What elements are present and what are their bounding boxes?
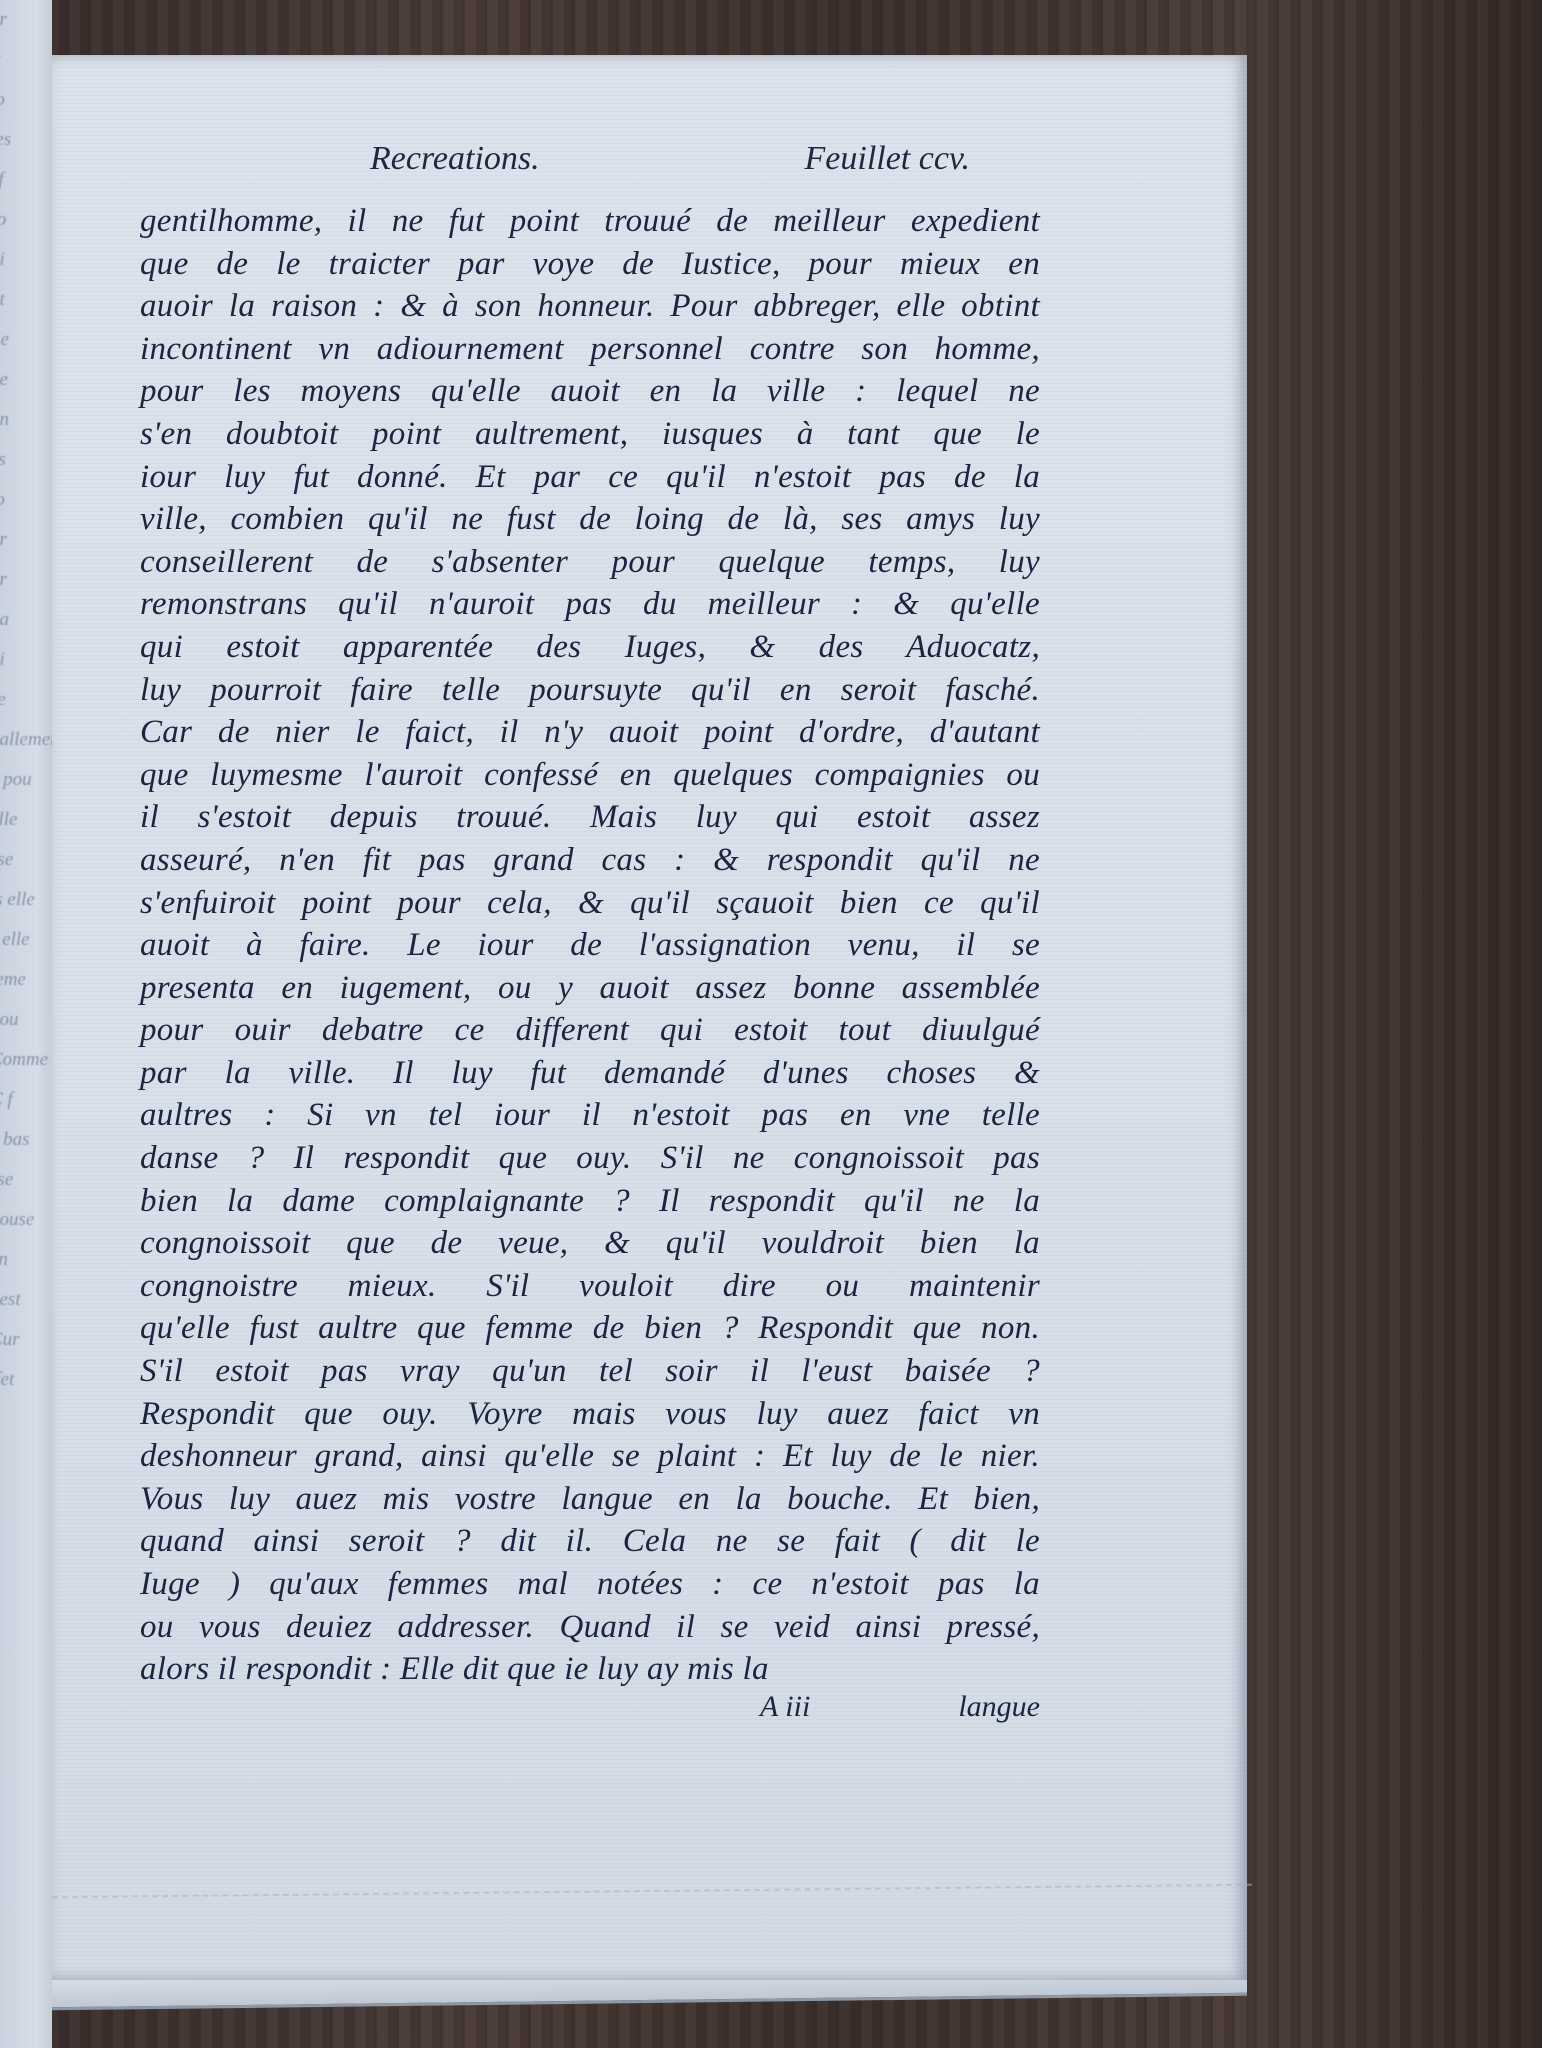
facing-page-fragment: en — [0, 1240, 50, 1280]
text-line: qu'elle fust aultre que femme de bien ? … — [140, 1307, 1040, 1350]
text-line: conseillerent de s'absenter pour quelque… — [140, 541, 1040, 584]
facing-page-fragment: an — [0, 400, 50, 440]
facing-page-fragment: ar — [0, 0, 50, 40]
facing-page-fragment: gallemen — [0, 720, 50, 760]
facing-page-fragment: sse — [0, 1160, 50, 1200]
facing-page-fragment: ha — [0, 600, 50, 640]
text-line: auoir la raison : & à son honneur. Pour … — [140, 285, 1040, 328]
facing-page-fragment: ls elle — [0, 880, 50, 920]
facing-page-fragment: se — [0, 680, 50, 720]
folio-number: Feuillet ccv. — [805, 140, 970, 178]
page-body-text: gentilhomme, il ne fut point trouué de m… — [140, 200, 1040, 1691]
facing-page-fragment: lo — [0, 480, 50, 520]
text-line: S'il estoit pas vray qu'un tel soir il l… — [140, 1350, 1040, 1393]
facing-page-fragment: pou — [0, 1000, 50, 1040]
facing-page-fragment: ies — [0, 120, 50, 160]
text-line: pour les moyens qu'elle auoit en la vill… — [140, 370, 1040, 413]
text-line: Vous luy auez mis vostre langue en la bo… — [140, 1478, 1040, 1521]
running-head-title: Recreations. — [370, 140, 540, 178]
facing-page-fragment: sse — [0, 840, 50, 880]
text-line: que de le traicter par voye de Iustice, … — [140, 243, 1040, 286]
text-line: ville, combien qu'il ne fust de loing de… — [140, 498, 1040, 541]
text-line: danse ? Il respondit que ouy. S'il ne co… — [140, 1137, 1040, 1180]
facing-page-edge: aritloiesefroaintliedeanesloarurhanisega… — [0, 0, 52, 2048]
text-line: bien la dame complaignante ? Il respondi… — [140, 1180, 1040, 1223]
facing-page-text: aritloiesefroaintliedeanesloarurhanisega… — [0, 0, 50, 2048]
facing-page-fragment: nest — [0, 1280, 50, 1320]
facing-page-fragment: pouse — [0, 1200, 50, 1240]
facing-page-fragment: s elle — [0, 920, 50, 960]
facing-page-fragment: lo — [0, 80, 50, 120]
text-line: iour luy fut donné. Et par ce qu'il n'es… — [140, 456, 1040, 499]
text-line: s'en doubtoit point aultrement, iusques … — [140, 413, 1040, 456]
facing-page-fragment: it — [0, 40, 50, 80]
text-line: pour ouir debatre ce different qui estoi… — [140, 1009, 1040, 1052]
facing-page-fragment: de — [0, 360, 50, 400]
text-line: congnoissoit que de veue, & qu'il vouldr… — [140, 1222, 1040, 1265]
catchword: langue — [958, 1690, 1040, 1724]
text-line: congnoistre mieux. S'il vouloit dire ou … — [140, 1265, 1040, 1308]
facing-page-fragment: y pou — [0, 760, 50, 800]
text-line: s'enfuiroit point pour cela, & qu'il sça… — [140, 882, 1040, 925]
facing-page-fragment: es — [0, 440, 50, 480]
facing-page-fragment: ar — [0, 520, 50, 560]
facing-page-fragment: y bas — [0, 1120, 50, 1160]
facing-page-fragment: Comme — [0, 1040, 50, 1080]
text-line: qui estoit apparentée des Iuges, & des A… — [140, 626, 1040, 669]
text-line: par la ville. Il luy fut demandé d'unes … — [140, 1052, 1040, 1095]
text-line: Respondit que ouy. Voyre mais vous luy a… — [140, 1393, 1040, 1436]
text-line: gentilhomme, il ne fut point trouué de m… — [140, 200, 1040, 243]
page-footer: A iii langue — [760, 1690, 1040, 1724]
running-head: Recreations. Feuillet ccv. — [370, 140, 970, 178]
facing-page-fragment: nt — [0, 280, 50, 320]
text-line: il s'estoit depuis trouué. Mais luy qui … — [140, 796, 1040, 839]
facing-page-fragment: feme — [0, 960, 50, 1000]
facing-page-fragment: lie — [0, 320, 50, 360]
text-line: auoit à faire. Le iour de l'assignation … — [140, 924, 1040, 967]
facing-page-fragment: C f — [0, 1080, 50, 1120]
text-line: luy pourroit faire telle poursuyte qu'il… — [140, 669, 1040, 712]
signature-mark: A iii — [760, 1690, 810, 1724]
text-line: remonstrans qu'il n'auroit pas du meille… — [140, 583, 1040, 626]
facing-page-fragment: ur — [0, 560, 50, 600]
facing-page-fragment: ni — [0, 640, 50, 680]
facing-page-fragment: ro — [0, 200, 50, 240]
text-line: quand ainsi seroit ? dit il. Cela ne se … — [140, 1520, 1040, 1563]
facing-page-fragment: Cur — [0, 1320, 50, 1360]
facing-page-fragment: ffet — [0, 1360, 50, 1400]
text-line: Iuge ) qu'aux femmes mal notées : ce n'e… — [140, 1563, 1040, 1606]
text-line: deshonneur grand, ainsi qu'elle se plain… — [140, 1435, 1040, 1478]
text-line: incontinent vn adiournement personnel co… — [140, 328, 1040, 371]
text-line: presenta en iugement, ou y auoit assez b… — [140, 967, 1040, 1010]
text-line: aultres : Si vn tel iour il n'estoit pas… — [140, 1094, 1040, 1137]
text-line: alors il respondit : Elle dit que ie luy… — [140, 1648, 1040, 1691]
facing-page-fragment: ai — [0, 240, 50, 280]
facing-page-fragment: ef — [0, 160, 50, 200]
text-line: que luymesme l'auroit confessé en quelqu… — [140, 754, 1040, 797]
text-line: asseuré, n'en fit pas grand cas : & resp… — [140, 839, 1040, 882]
text-line: ou vous deuiez addresser. Quand il se ve… — [140, 1606, 1040, 1649]
facing-page-fragment: elle — [0, 800, 50, 840]
text-line: Car de nier le faict, il n'y auoit point… — [140, 711, 1040, 754]
